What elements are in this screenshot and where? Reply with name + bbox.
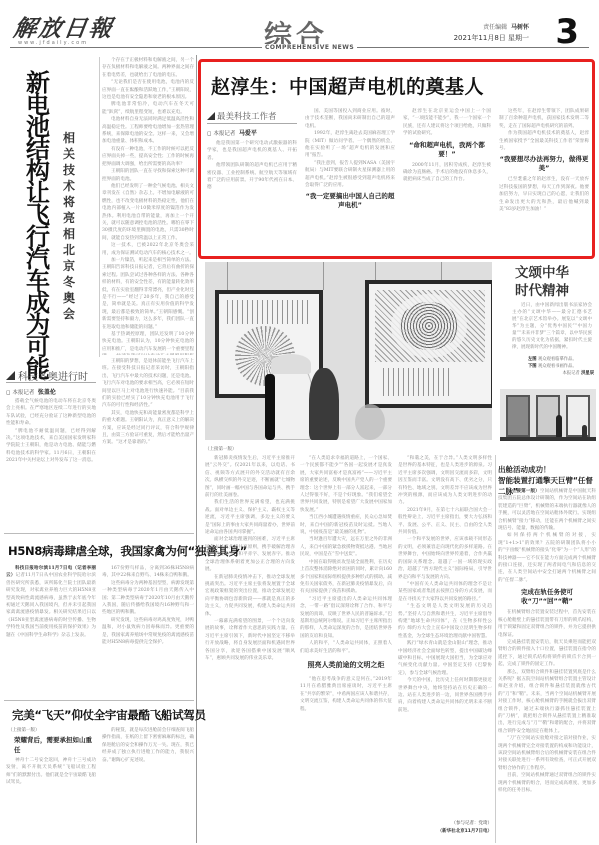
paragraph: 一个和平发展的世界，应该承载不同形态的文明，必须兼容走向现代化的多样道路。在世界… [398, 536, 492, 580]
editor-label: 责任编辑 [483, 24, 507, 31]
lower-col-2: “在人类追求幸福的道路上，一个国家、一个民族都不能少”“各国一起发展才是真发展，… [300, 455, 392, 835]
paragraph: “无论我们是否在使用电池，电池内的反应界面一直在酝酿和活跃地工作，”王朝阳说，这… [102, 79, 194, 101]
lead-body-col-b: 搭载全气候电池的电动车将在北京冬奥会上亮相。在严寒地区连续二年进行的实地车队试验… [6, 398, 96, 528]
paragraph: 赵淳生在北京亚运会中国上一个国家，“一项技能不能少”，我一一个国家一个民族，还有… [403, 108, 491, 138]
shenzhou-body-col-b: 的秘笈，就是每次进舱前会仔细查阅飞船操作指南，在纸的上留下密密麻麻的标注，确保进… [102, 727, 194, 842]
paragraph: 2000年11月，因积劳成疾，赵淳生被确诊为直肠癌。手术后的他没有休息多久，就把… [403, 162, 491, 184]
headline-line-1: 文颂中华 [515, 265, 569, 281]
section-divider [4, 700, 194, 701]
lead-byline: ◻ 本报记者 张盖伦 [6, 387, 56, 396]
paragraph: 搭载全气候电池的电动车将在北京冬奥会上亮相。在严寒地区连续二年进行的实地车队试验… [6, 398, 96, 428]
section-subtitle: COMPREHENSIVE NEWS [262, 44, 357, 51]
highlight-col-4: 这些年，在赵淳生带领下，团队成果研制了百余种超声电机，获国家技术发明二等奖，走在… [499, 108, 589, 256]
paragraph: 他带领团队研制的超声电机已应用于精密仪器、工业控制系统、航空航天等领域有着广泛的… [207, 162, 297, 192]
exhibition-side-photo[interactable] [500, 389, 596, 441]
lead-kicker: 科技冬奥进行时 [6, 368, 88, 383]
paragraph: 记者11月7日从中国农业科学院哈尔滨兽医研究所获悉，该所陈化兰院士团队最新研究发… [6, 573, 96, 637]
lead-body-col-a: 个存在于正极材料和电解液之间，另一个存在负极材料和电解液之间。两种界面之间存在着… [102, 57, 194, 355]
dateline: 科技日报哈尔滨11月7日电 [15, 566, 72, 571]
shenzhou-subheadline: 荣耀背后，需要承担如山重任 [14, 735, 94, 755]
right-calligraphy-frame [365, 280, 492, 408]
paragraph: 1992年，赵淳生离赴去美国麻省理工学院（MIT）做访问学者。一个偶然的机会，他… [305, 130, 395, 160]
continued-from-label: （上接第一版） [507, 489, 540, 494]
visitor-child [309, 368, 339, 440]
caption-label: 下图 [528, 364, 537, 369]
caption-text: 观众观看临摹作品。 [538, 357, 577, 362]
paragraph: 这一技术，已被2022年北京冬奥会采用，成为保证测试电动汽车的核心技术之一。 [102, 242, 194, 257]
space-arm-body: （上接第一版）空间站机械臂是中国航天科技集团五院总体设计研制的，作为空间站在轨组… [498, 488, 596, 843]
masthead: 解放日報 www.jfdaily.com 综合 COMPREHENSIVE NE… [0, 0, 599, 52]
page-number: 3 [555, 12, 579, 52]
paragraph: 我们生活的世界充满希望，也充满挑战。面对单边主义、保护主义、霸权主义等逆流，习近… [205, 499, 295, 536]
column-divider [196, 55, 197, 843]
highlight-col-3: 赵淳生在北京亚运会中国上一个国家，“一项技能不能少”，我一一个国家一个民族，还有… [403, 108, 491, 256]
reporter-credit: （参与记者：党琦） [398, 820, 492, 828]
column-divider [99, 57, 100, 357]
paragraph: “和羹之美，在于合异。”人类文明多样性是世界的基本特征，也是人类进步的源泉。习近… [398, 455, 492, 507]
highlight-byline: ◻ 本报记者 马爱平 [207, 128, 257, 137]
dateline-credit: （新华社北京11月7日电） [438, 829, 492, 834]
paragraph: 基于热调控原理，团队还发明了10分钟快充电池。王朝阳认为，10分钟快充电池的应用… [102, 331, 194, 355]
highlight-col-2: 国、美国等国投入到商业应用。彼时，由于技术垄断，我国尚未研制出自己的超声电机。 … [305, 108, 395, 256]
paragraph: “刀”在空间站实验舱对接之前对接作业，实现两个机械臂完全对接装置的构成和功能设计… [498, 735, 596, 772]
photographer-name: 洪星辰 [581, 371, 594, 376]
paragraph: “脾电池不耐低温问题，已经得到解决。”这项电池技术，来自美国国家发明家科学院院士… [6, 428, 96, 465]
shenzhou-body-col-a: 神舟十二号安全返回，神舟十三号成功发射，离不开航天员系统“飞船试验工程师”们的默… [6, 757, 96, 842]
h5n8-body-col-a: 科技日报哈尔滨11月7日电（记者李丽云）记者11月7日从中国农业科学院哈尔滨兽医… [6, 565, 96, 695]
lower-col-3: “和羹之美，在于合异。”人类文明多样性是世界的基本特征，也是人类进步的源泉。习近… [398, 455, 492, 839]
paragraph: “在人类追求幸福的道路上，一个国家、一个民族都不能少”“各国一起发展才是真发展，… [300, 455, 392, 514]
paragraph: 如何保持两个机械臂的对接，实现“1+1>1”的效果？五院的研制团队将小小的“宇宙… [498, 532, 596, 584]
paragraph: 有没有一种电池，不工作的时候可以把反应界面关掉一些，提高安全性；工作的时候再把界… [102, 146, 194, 168]
section-subheading: 完成在轨任务使可收“刀”“回”“鞘” [498, 588, 596, 606]
highlight-kicker: 最美科技工作者 [207, 110, 277, 122]
pull-quote: “我一定要搞出中国人自己的超声电机” [305, 192, 395, 210]
continued-from-label: （上接第一版） [205, 446, 237, 452]
highlight-headline[interactable]: 赵淳生：中国超声电机的奠基人 [211, 72, 484, 99]
byline-name: 马爱平 [239, 130, 257, 137]
lead-body-col-c: 王朝阳的梦想，是退休前能坐飞行汽车上班。在接受科技日报记者采访时，王朝阳指出，飞… [102, 358, 194, 528]
paragraph: 2021年9月，在第七十六届联合国大会一般性辩论上，习近平主席指出，要大力弘扬和… [398, 507, 492, 537]
paragraph: 其实，电池快充和高能量密度都是科学上的重大难题。王朝阳认为，真正意义上的解决方案… [102, 410, 194, 447]
paragraph: 人的和平，“人类命运共同体，正照着人们追求美好生活的和平”。 [300, 640, 392, 655]
paragraph: 神舟十二号安全返回，神舟十三号成功发射，离不开航天员系统“飞船试验工程师”们的默… [6, 757, 96, 787]
paragraph: “中国有关人类命运共同体的理念不是让某些国家或者集团去按照自身的方式发展，而是在… [398, 581, 492, 603]
caption-label: 左图 [528, 357, 537, 362]
paragraph: 这些年，在赵淳生带领下，团队成果研制了百余种超声电机，获国家技术发明二等奖，走在… [499, 108, 589, 130]
byline-label: 本报记者 [213, 131, 235, 137]
paragraph: 空间站机械臂是中国航天科技集团五院总体设计研制的，作为空间站在轨组装建造的“巨臂… [498, 489, 596, 531]
paragraph: 王朝阳的梦想，是退休前能坐飞行汽车上班。在接受科技日报记者采访时，王朝阳指出，飞… [102, 358, 194, 410]
section-subheading: 照亮人类前途的文明之炬 [300, 660, 392, 671]
continued-from-label: （上接第一版） [8, 727, 40, 733]
highlighted-article[interactable]: 赵淳生：中国超声电机的奠基人 最美科技工作者 ◻ 本报记者 马爱平 他是我国第一… [198, 59, 595, 259]
paragraph: 目前，空间站机械臂通过双臂组合的锁件实现两个机械臂的组合，进而完成高难度、更加多… [498, 772, 596, 794]
editor-name: 马树怀 [511, 24, 529, 31]
paragraph: 完成悬挂装置安装后，航天员乘进而能把双臂组合的锁件接入十口位置，悬挂装置在指令的… [498, 639, 596, 669]
lead-headline[interactable]: 新电池结构让飞行汽车成为可能 [26, 72, 62, 380]
paragraph: 今天的中国，比历史上任何时期都更接近世界舞台中央，始终坚持站在历史正确的一边、站… [398, 677, 492, 714]
kicker-divider [6, 382, 96, 383]
paragraph: 那么，双臂组合锁件和悬挂装置到底是什么关系呢？据五院空间站机械臂组合装置主管设计… [498, 669, 596, 736]
photo-feature-headline[interactable]: 文颂中华 时代精神 [515, 264, 569, 300]
paragraph: 国、美国等国投入到商业应用。彼时，由于技术垄断，我国尚未研制出自己的超声电机。 [305, 108, 395, 130]
newspaper-logo: 解放日報 [12, 10, 117, 43]
shenzhou-headline[interactable]: 完美“飞天”仰仗全宇宙最酷飞船试驾员 [12, 707, 206, 723]
paragraph: “我注意到，报告人提到NASA（美国宇航局）与MIT要联合研制火星探测器上用的超… [305, 160, 395, 190]
kicker-label: 最美科技工作者 [217, 110, 277, 122]
paragraph: 电池材料自身无法同时满足低温高活性和高温稳定性。工程师要给电池增加一套热管理系统… [102, 116, 194, 146]
paragraph: 加一片镍箔，听起来是相当简单的方法。王朝阳告诉科技日报记者，它背后有曲折的探索过… [102, 257, 194, 331]
headline-line-1: 出舱活动成功！ [498, 465, 551, 474]
paragraph: 作为我国超声电机技术的奠基人，赵淳生被国家授予“全国最美科技工作者”荣誉称号。 [499, 130, 589, 152]
caption-text: 观众观看书画作品。 [538, 364, 577, 369]
h5n8-body-col-b: 167份野鸟样品，分离到36株H5N8病毒，其中22株来自野鸟、14株来自鸭和鹅… [102, 565, 194, 695]
lead-subheadline: 相关技术将亮相北京冬奥会 [63, 130, 79, 322]
paragraph: 脾电池非常怕冷，电动汽车在冬天可能“趴窝”，续航里程变短，也难以充电。 [102, 101, 194, 116]
paragraph: 中国在取得脱贫攻坚战全面胜利，在历史上首次整体消除绝对贫困的同时，累计向160多… [300, 559, 392, 596]
paragraph: 他们已经发明了一种金气候电池。相关文章刊发在《自然》杂志上。不增加电解液的可燃性… [102, 183, 194, 242]
exhibition-main-photo[interactable] [205, 262, 492, 440]
headline-line-2: 时代精神 [515, 283, 569, 299]
highlight-col-1: 他是我国第一个研究电动式激振器的科学家，也是我国超声电机的奠基人、开拓者。 他带… [207, 140, 297, 255]
photo-captions: 左图 观众观看临摹作品。 下图 观众观看书画作品。 本报记者 洪星辰 [528, 356, 594, 377]
paragraph: “他在思考战争的意义是何在。”2019年11月在希腊雅典出席座谈时，习近平主席在… [300, 676, 392, 713]
paragraph: 践行“绿水青山就是金山银山”理念，推动中国经济社会全面绿色转型，提出中国碳达峰碳… [398, 640, 492, 677]
paragraph: 面对全球治理遇到的困难，习近平主席同各方共商共建共享原则，携手破解治理赤字、信任… [205, 536, 295, 573]
paragraph: 当江西小城遭遇疫情重症，民众心急如焚时，来自中国的新冠疫苗及时运抵。当地人说，中… [300, 514, 392, 536]
byline-label: 本报记者 [12, 390, 34, 396]
paragraph: 已至耄耋之年的赵淳生，没有一天放弃过科技报国的梦想，每天工作到深夜。他要加倍努力… [499, 176, 589, 213]
pull-quote: “我要想尽办法再努力，做得更美” [499, 155, 589, 173]
newspaper-url: www.jfdaily.com [18, 40, 88, 46]
article-signoff: （参与记者：党琦） （新华社北京11月7日电） [398, 820, 492, 836]
publication-date: 2021年11月8日 星期一 [454, 33, 529, 43]
paragraph: 在新冠肺炎疫情冲击下，推动全球发展挑战突出。习近平主席主张将发展置于全球宏观政策… [205, 574, 295, 618]
paragraph: 王朝阳的团队一直在寻找和探索这种可调控界面的电池。 [102, 168, 194, 183]
column-divider [495, 455, 496, 843]
paragraph: 他是我国第一个研究电动式激振器的科学家，也是我国超声电机的奠基人、开拓者。 [207, 140, 297, 162]
editor-credit: 责任编辑 马树怀 [483, 22, 529, 31]
kicker-label: 科技冬奥进行时 [18, 368, 88, 383]
paragraph: 当时逢百年遭大灾，远在万里之外的非洲人，来自中国的紧急救援物资抵达港。当地居民说… [300, 536, 392, 558]
paragraph: “生态文明是人类文明发展的历史趋势。”坚持人与自然和谐共生，习近平主席倡导构建“… [398, 603, 492, 640]
paragraph: 在机械臂组合装置安装过程中，首先安装在核心舱舱壁上的悬挂装置带有刀形的锁爪结构，… [498, 609, 596, 639]
paragraph: 近日，由中国新闻出版书法家协会主办的“文颂中华——最分汇德书艺展”在北京艺术馆举… [512, 302, 592, 351]
lower-col-1: 新冠肺炎疫情发生后，习近平主席推开展“云外交”。仅2021年以来，以电话、书信、… [205, 455, 295, 835]
paragraph: 一幕幕充满希望的图景，一个个迈向发展的故事，诠释着作大意思的实践力量。在习近平主… [205, 618, 295, 662]
pull-quote: “命和超声电机，我两个都要！” [403, 141, 491, 159]
paragraph: 167份野鸟样品，分离到36株H5N8病毒，其中22株来自野鸟、14株来自鸭和鹅… [102, 565, 194, 580]
section-divider [4, 533, 194, 534]
paragraph: 这些病毒分为两种基因型型，病源发现第一种类型病毒于2020年1月由天鹅传入中国；… [102, 580, 194, 617]
photo-feature-body: 近日，由中国新闻出版书法家协会主办的“文颂中华——最分汇德书艺展”在北京艺术馆举… [512, 302, 592, 351]
kicker-triangle-icon [6, 371, 15, 380]
paragraph: 新冠肺炎疫情发生后，习近平主席推开展“云外交”。仅2021年以来，以电话、书信、… [205, 455, 295, 499]
kicker-divider [207, 123, 297, 124]
paragraph: 的秘笈，就是每次进舱前会仔细查阅飞船操作指南，在纸的上留下密密麻麻的标注，确保进… [102, 727, 194, 764]
paragraph: “习近平主席提出的人类命运共同体理念，一带一路”倡议深刻诠释了合作、和平与发展的… [300, 596, 392, 640]
byline-name: 张盖伦 [38, 389, 56, 396]
kicker-triangle-icon [207, 112, 215, 120]
photographer-label: 本报记者 [563, 371, 580, 376]
paragraph: 个存在于正极材料和电解液之间，另一个存在负极材料和电解液之间。两种界面之间存在着… [102, 57, 194, 79]
paragraph: 研究发现，这些病毒对鸡高度致死，对鸭温和，对小鼠致病力因毒株而异。更重要的是，我… [102, 617, 194, 647]
